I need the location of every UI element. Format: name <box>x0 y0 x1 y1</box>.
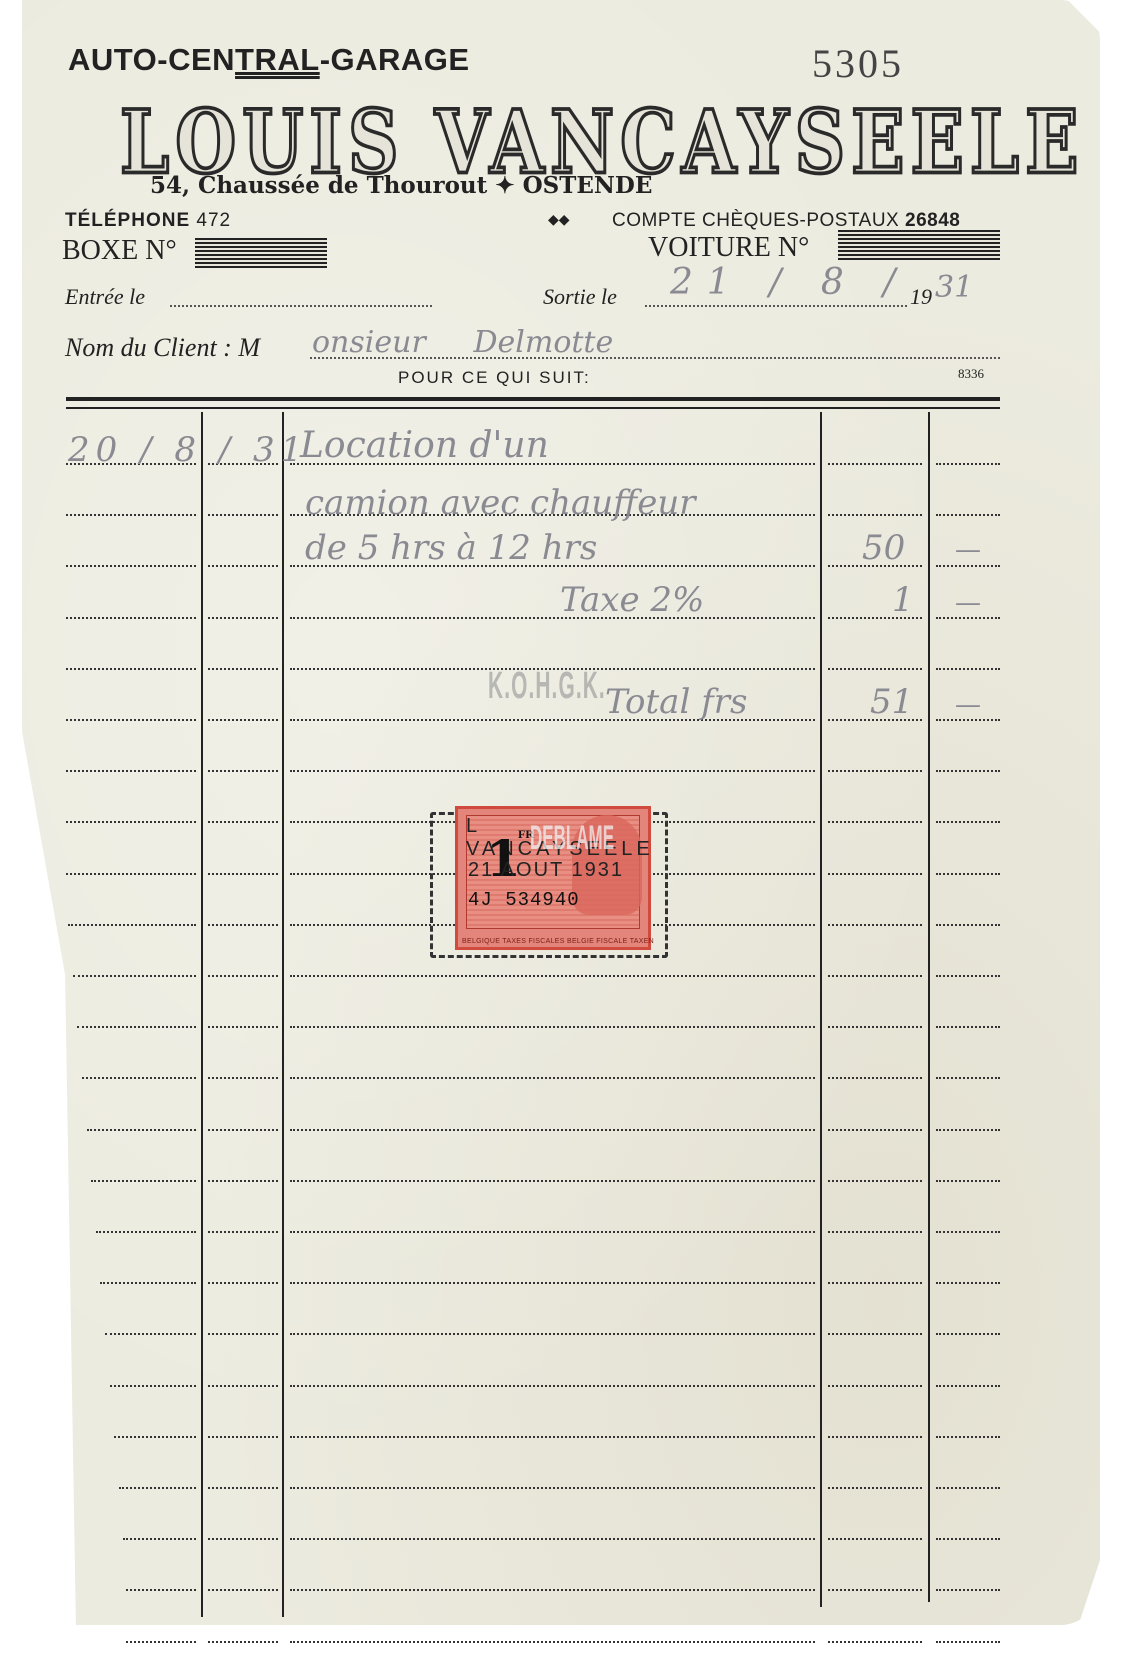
table-row-line <box>828 668 922 670</box>
table-row-line <box>208 617 278 619</box>
sortie-date: 21 / 8 / <box>670 262 909 303</box>
table-row-line <box>66 668 196 670</box>
table-row-line <box>96 1231 196 1233</box>
table-row-description: camion avec chauffeur <box>305 483 696 523</box>
client-label: Nom du Client : M <box>65 333 260 363</box>
table-row-line <box>87 1129 196 1131</box>
table-top-rule <box>66 397 1000 401</box>
table-row-line <box>208 1436 278 1438</box>
table-row-line <box>828 873 922 875</box>
table-top-rule-thin <box>66 407 1000 409</box>
table-row-line <box>208 719 278 721</box>
table-row-amount: 50 <box>862 528 905 568</box>
star-ornament-icon: ✦ <box>495 172 514 199</box>
table-row-line <box>936 821 1000 823</box>
table-row-line <box>290 1385 815 1387</box>
table-row-line <box>290 1436 815 1438</box>
table-row-line <box>936 770 1000 772</box>
column-divider-date <box>201 412 203 1617</box>
table-row-line <box>936 565 1000 567</box>
table-row-line <box>290 1641 815 1643</box>
table-row-line <box>828 1129 922 1131</box>
table-row-line <box>208 1129 278 1131</box>
table-row-line <box>828 514 922 516</box>
table-row-line <box>208 821 278 823</box>
table-row-line <box>290 1129 815 1131</box>
table-row-line <box>68 924 196 926</box>
table-row-line <box>208 1641 278 1643</box>
table-row-line <box>936 668 1000 670</box>
voiture-label: VOITURE N° <box>648 232 809 264</box>
table-row-line <box>828 975 922 977</box>
entree-line <box>170 305 432 307</box>
address-line: 54, Chaussée de Thourout ✦ OSTENDE <box>150 172 652 199</box>
boxe-label: BOXE N° <box>62 235 177 267</box>
table-row-line <box>114 1436 196 1438</box>
table-row-cents: — <box>955 535 981 565</box>
table-row-line <box>208 668 278 670</box>
table-row-line <box>290 1180 815 1182</box>
table-row-line <box>66 821 196 823</box>
postmark-date: 21 AOUT 1931 <box>468 859 624 882</box>
table-row-line <box>100 1282 196 1284</box>
table-row-line <box>290 975 815 977</box>
column-divider-cents <box>928 412 930 1602</box>
table-row-line <box>208 1231 278 1233</box>
table-row-line <box>936 1129 1000 1131</box>
pour-ce-qui-suit: POUR CE QUI SUIT: <box>398 368 591 388</box>
table-row-line <box>936 1436 1000 1438</box>
table-row-line <box>105 1333 196 1335</box>
table-row-line <box>828 1436 922 1438</box>
postal-account: COMPTE CHÈQUES-POSTAUX 26848 <box>612 210 960 232</box>
table-row-line <box>936 924 1000 926</box>
entree-label: Entrée le <box>65 284 145 310</box>
invoice-serial-number: 5305 <box>812 40 904 87</box>
table-row-line <box>208 1282 278 1284</box>
table-row-line <box>66 873 196 875</box>
table-row-line <box>208 1026 278 1028</box>
table-row-line <box>936 1077 1000 1079</box>
table-row-line <box>290 1487 815 1489</box>
table-row-line <box>66 514 196 516</box>
table-row-line <box>828 770 922 772</box>
table-row-line <box>208 1538 278 1540</box>
table-row-line <box>828 1231 922 1233</box>
table-row-line <box>208 975 278 977</box>
table-row-description: Total frs <box>605 682 747 722</box>
stamp-serial: 4J 534940 <box>468 889 580 911</box>
table-row-line <box>936 1282 1000 1284</box>
column-divider-amount <box>820 412 822 1607</box>
table-row-line <box>77 1026 196 1028</box>
table-row-line <box>290 1231 815 1233</box>
table-row-line <box>66 719 196 721</box>
form-code: 8336 <box>958 366 984 382</box>
table-row-line <box>126 1589 196 1591</box>
table-row-line <box>208 1180 278 1182</box>
table-row-line <box>208 1487 278 1489</box>
sortie-line <box>645 305 907 307</box>
table-row-line <box>208 770 278 772</box>
table-row-line <box>936 1026 1000 1028</box>
table-row-line <box>936 873 1000 875</box>
table-row-line <box>828 1589 922 1591</box>
table-row-line <box>208 924 278 926</box>
table-row-line <box>208 1385 278 1387</box>
table-row-line <box>208 565 278 567</box>
table-row-line <box>66 770 196 772</box>
table-row-line <box>66 617 196 619</box>
table-row-line <box>936 514 1000 516</box>
table-row-amount: 51 <box>870 682 913 722</box>
table-row-line <box>82 1077 196 1079</box>
table-row-line <box>290 770 815 772</box>
table-row-line <box>936 1180 1000 1182</box>
table-row-line <box>936 463 1000 465</box>
table-row-line <box>828 1538 922 1540</box>
tax-stamp: L VANCAYSEELE 1 FR 21 AOUT 1931 4J 53494… <box>455 806 651 950</box>
table-row-description: Location d'un <box>300 425 549 466</box>
table-row-line <box>936 1385 1000 1387</box>
table-row-date: 20 / 8 / 31 <box>68 430 308 470</box>
table-row-line <box>290 1589 815 1591</box>
table-row-line <box>123 1538 196 1540</box>
table-row-line <box>110 1385 196 1387</box>
table-row-line <box>828 1026 922 1028</box>
table-row-line <box>91 1180 196 1182</box>
table-row-line <box>290 1538 815 1540</box>
table-row-line <box>66 565 196 567</box>
table-row-line <box>126 1641 196 1643</box>
table-row-line <box>936 1589 1000 1591</box>
telephone: TÉLÉPHONE 472 <box>65 210 231 232</box>
table-row-line <box>828 1385 922 1387</box>
table-row-line <box>936 1538 1000 1540</box>
table-row-line <box>828 1077 922 1079</box>
table-row-line <box>828 924 922 926</box>
table-row-line <box>936 1333 1000 1335</box>
table-row-line <box>208 1589 278 1591</box>
table-row-line <box>73 975 196 977</box>
table-row-line <box>828 1282 922 1284</box>
table-row-line <box>208 873 278 875</box>
table-row-line <box>828 1487 922 1489</box>
table-row-line <box>828 463 922 465</box>
table-row-line <box>936 1231 1000 1233</box>
table-row-line <box>936 975 1000 977</box>
table-row-line <box>936 1641 1000 1643</box>
year-value: 31 <box>935 270 973 305</box>
client-name: onsieur Delmotte <box>312 325 613 360</box>
table-row-amount: 1 <box>892 580 914 620</box>
boxe-number-field <box>195 238 327 268</box>
table-row-line <box>828 821 922 823</box>
table-row-line <box>828 1180 922 1182</box>
table-row-cents: — <box>955 588 981 618</box>
voiture-number-field <box>838 230 1000 260</box>
table-row-line <box>119 1487 196 1489</box>
column-divider-year <box>282 412 284 1617</box>
company-name: AUTO-CENTRAL-GARAGE <box>68 42 470 78</box>
table-row-line <box>290 1282 815 1284</box>
table-row-cents: — <box>955 690 981 720</box>
diamond-ornament-icon: ◆◆ <box>548 211 570 228</box>
table-row-line <box>290 617 815 619</box>
table-row-line <box>208 1077 278 1079</box>
stamp-overprint: DEBLAME <box>530 819 614 858</box>
year-prefix: 19 <box>910 284 932 310</box>
table-row-line <box>208 514 278 516</box>
table-row-line <box>290 1077 815 1079</box>
table-row-line <box>290 1333 815 1335</box>
table-row-line <box>936 1487 1000 1489</box>
table-row-description: Taxe 2% <box>560 580 704 620</box>
stamp-caption: BELGIQUE TAXES FISCALES BELGIE FISCALE T… <box>462 938 654 945</box>
watermark: K.O.H.G.K. <box>488 665 606 708</box>
table-row-description: de 5 hrs à 12 hrs <box>305 528 597 568</box>
table-row-line <box>828 1333 922 1335</box>
sortie-label: Sortie le <box>543 284 617 310</box>
table-row-line <box>208 1333 278 1335</box>
table-row-line <box>828 1641 922 1643</box>
table-row-line <box>290 1026 815 1028</box>
